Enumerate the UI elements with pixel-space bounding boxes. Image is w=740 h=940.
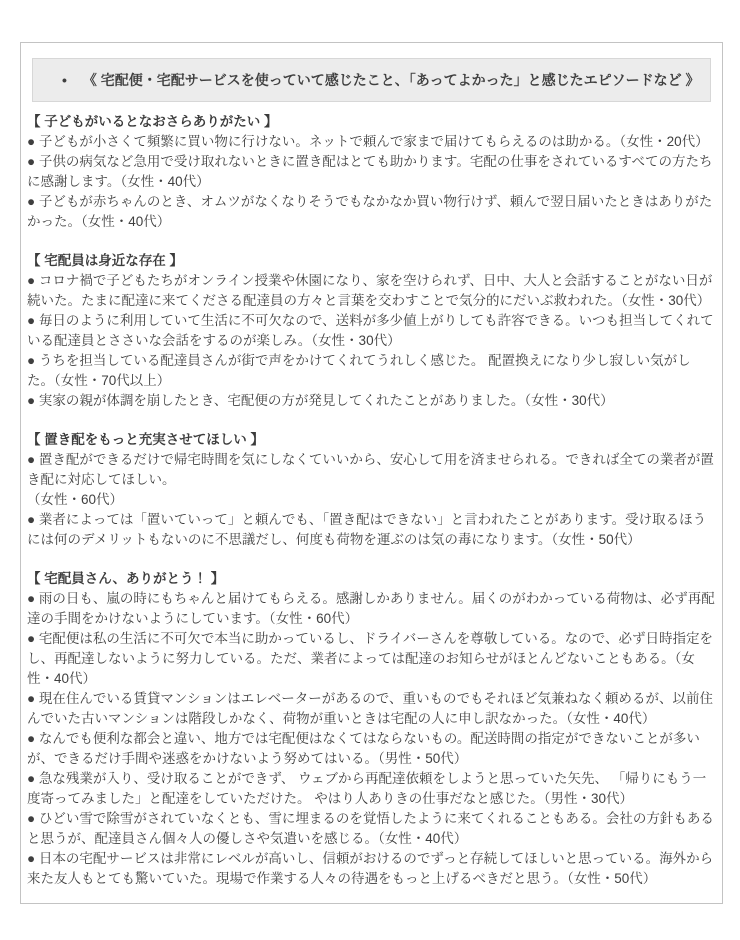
episode-item: ● 日本の宅配サービスは非常にレベルが高いし、信頼がおけるのでずっと存続してほし… [27, 849, 716, 889]
episode-item: ● 毎日のように利用していて生活に不可欠なので、送料が多少値上がりしても許容でき… [27, 311, 716, 351]
episode-item: ● なんでも便利な都会と違い、地方では宅配便はなくてはならないもの。配送時間の指… [27, 729, 716, 769]
section-okihai-request: 【 置き配をもっと充実させてほしい 】 ● 置き配ができるだけで帰宅時間を気にし… [27, 430, 716, 550]
episode-item: ● 子どもが小さくて頻繁に買い物に行けない。ネットで頼んで家まで届けてもらえるの… [27, 132, 716, 152]
episode-item: ● 現在住んでいる賃貸マンションはエレベーターがあるので、重いものでもそれほど気… [27, 689, 716, 729]
survey-results-page: { "colors": { "text": "#3f3f3f", "frame_… [0, 0, 740, 940]
content-frame: • 《 宅配便・宅配サービスを使っていて感じたこと、「あってよかった」と感じたエ… [20, 42, 723, 904]
episode-item: ● ひどい雪で除雪がされていなくとも、雪に埋まるのを覚悟したように来てくれること… [27, 809, 716, 849]
episode-item: ● 置き配ができるだけで帰宅時間を気にしなくていいから、安心して用を済ませられる… [27, 450, 716, 510]
section-heading: 【 宅配員は身近な存在 】 [27, 251, 716, 271]
section-heading: 【 置き配をもっと充実させてほしい 】 [27, 430, 716, 450]
section-thank-you: 【 宅配員さん、ありがとう！ 】 ● 雨の日も、嵐の時にもちゃんと届けてもらえる… [27, 569, 716, 889]
section-heading: 【 宅配員さん、ありがとう！ 】 [27, 569, 716, 589]
section-familiar-presence: 【 宅配員は身近な存在 】 ● コロナ禍で子どもたちがオンライン授業や休園になり… [27, 251, 716, 411]
episode-item: ● 宅配便は私の生活に不可欠で本当に助かっているし、ドライバーさんを尊敬している… [27, 629, 716, 689]
episode-item: ● 雨の日も、嵐の時にもちゃんと届けてもらえる。感謝しかありません。届くのがわか… [27, 589, 716, 629]
episode-item: ● 子供の病気など急用で受け取れないときに置き配はとても助かります。宅配の仕事を… [27, 152, 716, 192]
episode-item: ● うちを担当している配達員さんが街で声をかけてくれてうれしく感じた。 配置換え… [27, 351, 716, 391]
list-bullet-icon: • [62, 70, 67, 90]
section-children-gratitude: 【 子どもがいるとなおさらありがたい 】 ● 子どもが小さくて頻繁に買い物に行け… [27, 112, 716, 232]
topic-header-box: • 《 宅配便・宅配サービスを使っていて感じたこと、「あってよかった」と感じたエ… [32, 58, 711, 102]
section-heading: 【 子どもがいるとなおさらありがたい 】 [27, 112, 716, 132]
topic-title: 《 宅配便・宅配サービスを使っていて感じたこと、「あってよかった」と感じたエピソ… [83, 70, 698, 90]
episode-item: ● 急な残業が入り、受け取ることができず、 ウェブから再配達依頼をしようと思って… [27, 769, 716, 809]
episode-item: ● 業者によっては「置いていって」と頼んでも、「置き配はできない」と言われたこと… [27, 510, 716, 550]
episode-item: ● 子どもが赤ちゃんのとき、オムツがなくなりそうでもなかなか買い物行けず、頼んで… [27, 192, 716, 232]
episode-item: ● 実家の親が体調を崩したとき、宅配便の方が発見してくれたことがありました。（女… [27, 391, 716, 411]
episode-item: ● コロナ禍で子どもたちがオンライン授業や休園になり、家を空けられず、日中、大人… [27, 271, 716, 311]
